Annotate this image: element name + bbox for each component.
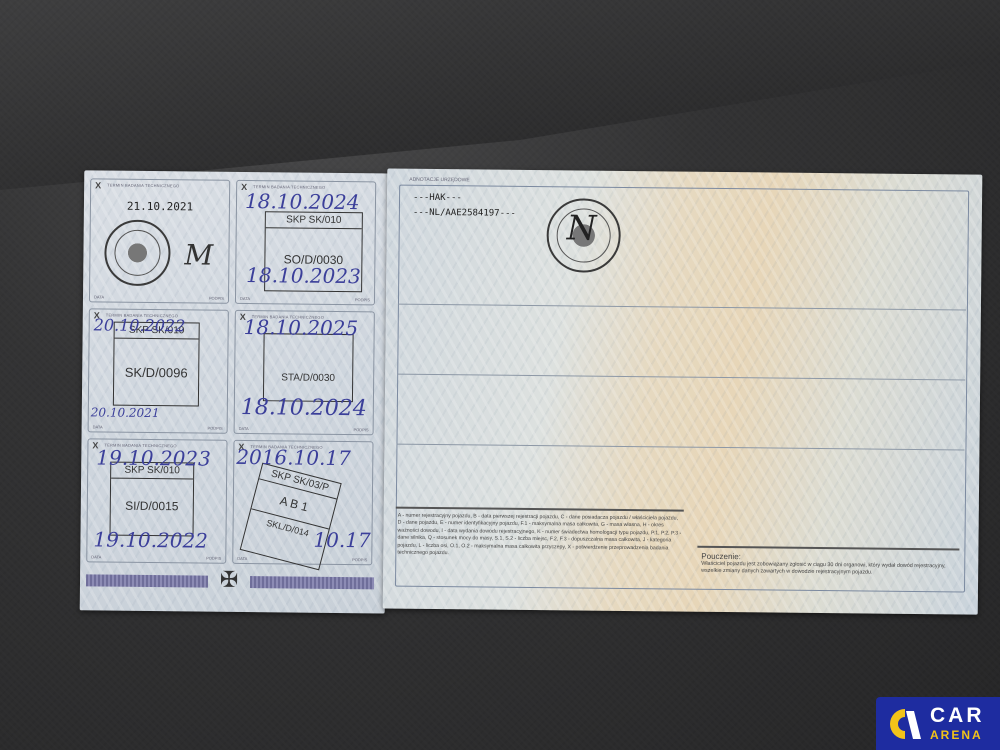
inspection-page: X TERMIN BADANIA TECHNICZNEGO 21.10.2021… [80,170,390,613]
car-arena-watermark: CAR ARENA [876,697,1000,750]
handwritten-next-date: 20.10.2022 [94,315,186,335]
car-arena-logo-icon [888,707,922,741]
typed-date: 21.10.2021 [127,200,193,214]
handwritten-inspection-date: 20.10.2021 [91,405,160,420]
signature-label: PODPIS [352,557,367,562]
annotation-certificate-number: ---NL/AAE2584197--- [413,208,516,219]
date-label: DATA [94,294,104,299]
signature: M [184,238,213,271]
field-legend: A - numer rejestracyjny pojazdu, B - dat… [397,513,682,560]
cell-header: TERMIN BADANIA TECHNICZNEGO [107,183,179,189]
stamp-station-code: SKP SK/010 [266,212,362,229]
logo-text-car: CAR [930,704,985,728]
notice-block: Pouczenie: Właściciel pojazdu jest zobow… [701,552,951,578]
date-label: DATA [237,556,247,561]
stamp-diagnostician-code: STA/D/0030 [264,334,353,392]
date-label: DATA [239,426,249,431]
inspection-grid: X TERMIN BADANIA TECHNICZNEGO 21.10.2021… [86,178,380,567]
inspection-cell: X TERMIN BADANIA TECHNICZNEGO SKP SK/03/… [232,440,373,565]
handwritten-next-date: 2016.10.17 [236,445,351,470]
handwritten-inspection-date: 19.10.2022 [93,527,208,552]
security-band: ✠ [86,570,376,591]
handwritten-inspection-date: 18.10.2024 [241,395,367,421]
annotations-page: ADNOTACJE URZĘDOWE ---HAK--- ---NL/AAE25… [383,168,983,614]
inspection-cell: X TERMIN BADANIA TECHNICZNEGO 21.10.2021… [89,178,230,303]
signature-label: PODPIS [207,426,222,431]
handwritten-next-date: 18.10.2025 [244,315,359,340]
inspection-cell: X TERMIN BADANIA TECHNICZNEGO SKP SK/010… [88,308,229,433]
signature-label: PODPIS [209,296,224,301]
notice-body: Właściciel pojazdu jest zobowiązany zgło… [701,561,951,578]
stamp-diagnostician-code: SK/D/0096 [114,339,199,389]
inspection-cell: X TERMIN BADANIA TECHNICZNEGO STA/D/0030… [234,310,375,435]
signature-label: PODPIS [355,297,370,302]
inspection-cell: X TERMIN BADANIA TECHNICZNEGO SKP SK/010… [235,180,376,305]
band-right [250,576,374,589]
stamp-diagnostician-code: SI/D/0015 [111,479,193,522]
polish-eagle-icon: ✠ [214,566,244,594]
signature-label: PODPIS [353,427,368,432]
annotation-tow-hitch: ---HAK--- [413,193,462,204]
station-stamp: SKP SK/010 SI/D/0015 [110,462,195,537]
handwritten-next-date: 19.10.2023 [96,445,211,470]
annotations-header: ADNOTACJE URZĘDOWE [409,177,470,184]
date-label: DATA [240,296,250,301]
handwritten-inspection-date: 10.17 [313,528,371,553]
date-label: DATA [91,554,101,559]
office-seal-icon [104,220,171,287]
band-left [86,574,208,587]
signature-label: PODPIS [206,556,221,561]
registration-document: X TERMIN BADANIA TECHNICZNEGO 21.10.2021… [80,165,985,624]
handwritten-next-date: 18.10.2024 [245,189,360,214]
inspection-cell: X TERMIN BADANIA TECHNICZNEGO SKP SK/010… [86,438,227,563]
handwritten-inspection-date: 18.10.2023 [246,263,361,288]
date-label: DATA [93,424,103,429]
station-stamp: STA/D/0030 [263,333,354,402]
cell-mark: X [95,180,101,190]
official-signature: N [567,208,597,248]
logo-text-arena: ARENA [930,728,983,742]
station-stamp: SKP SK/03/P A B 1 SKL/D/014 [240,463,342,571]
